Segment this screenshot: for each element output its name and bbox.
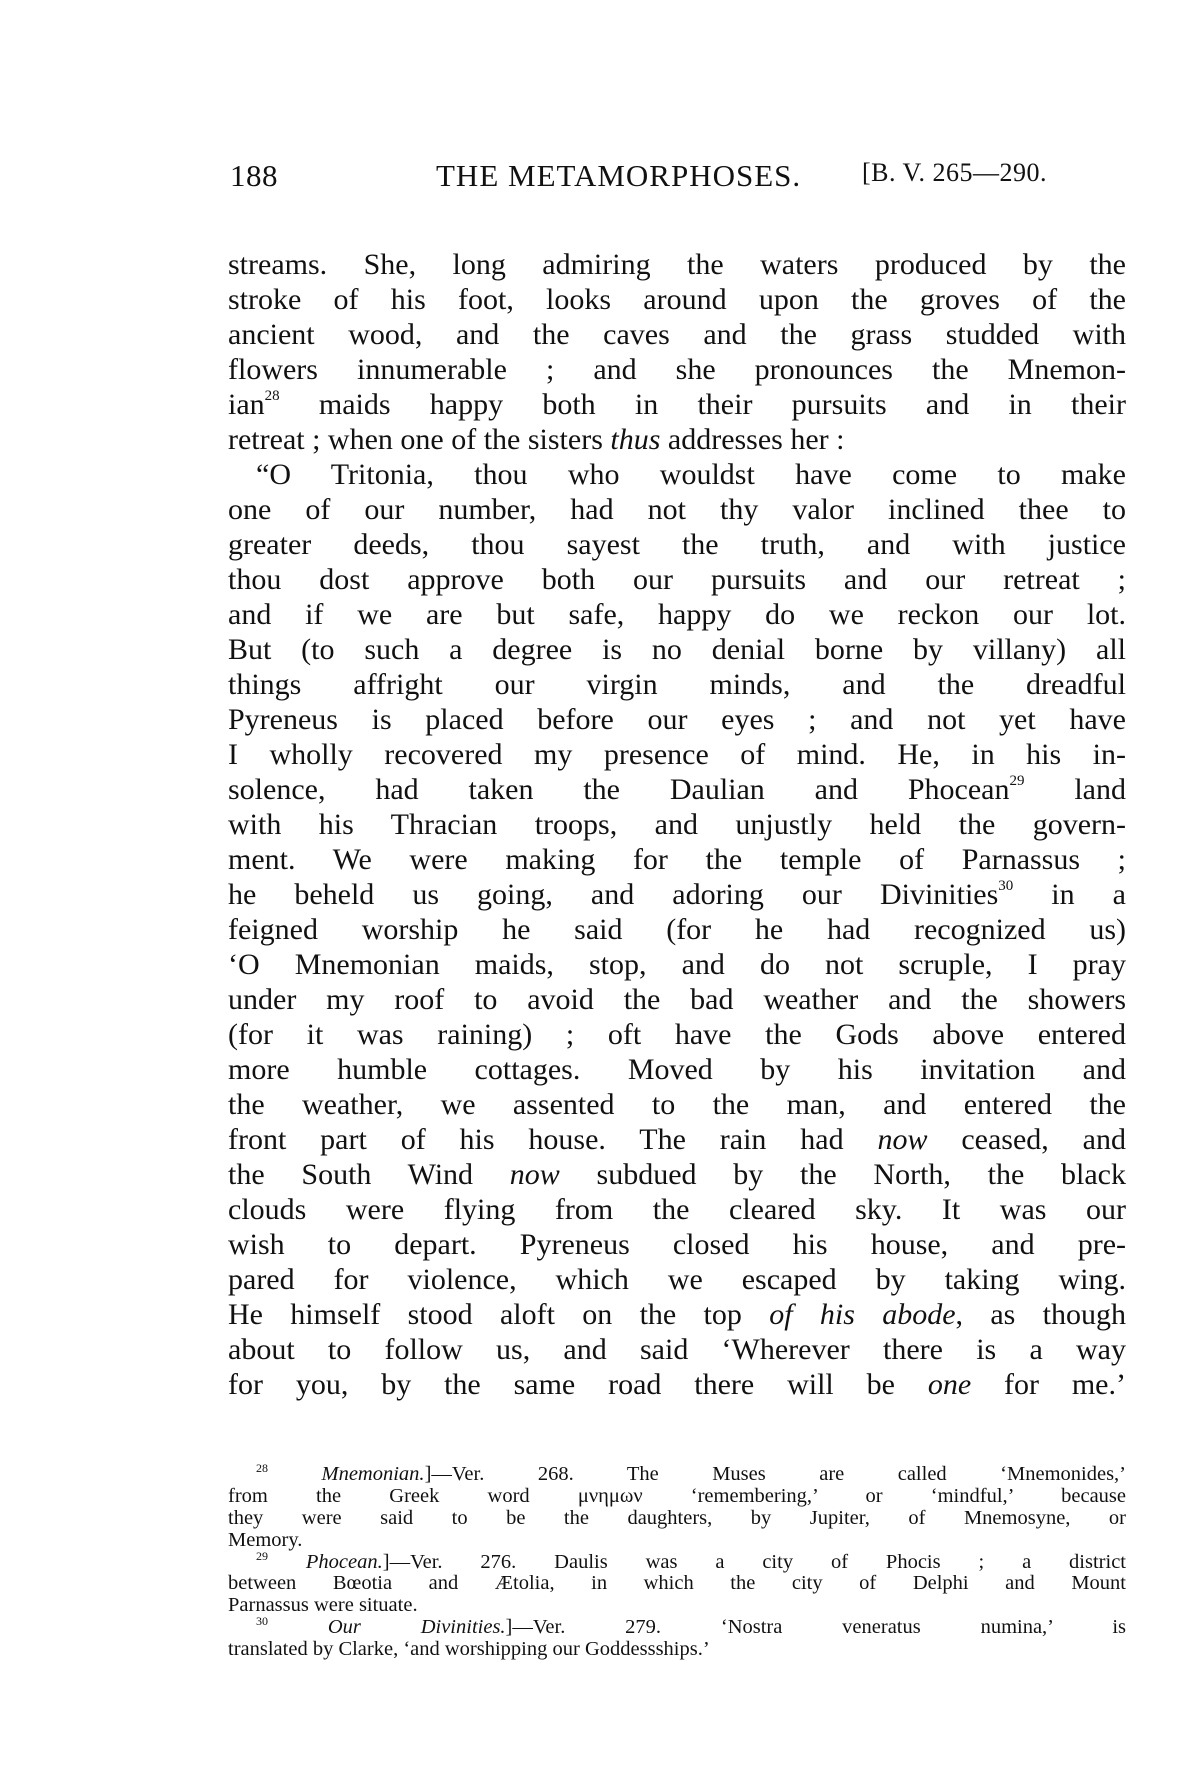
footnote-line: between Bœotia and Ætolia, in which the …	[228, 1573, 1126, 1595]
body-line: thou dost approve both our pursuits and …	[228, 562, 1126, 597]
footnote-line: 28 Mnemonian.]—Ver. 268. The Muses are c…	[228, 1464, 1126, 1486]
text-run: He himself stood aloft on the top	[228, 1298, 769, 1331]
footnote-ref-28[interactable]: 28	[265, 388, 280, 404]
body-line: greater deeds, thou sayest the truth, an…	[228, 527, 1126, 562]
footnote-line: 29 Phocean.]—Ver. 276. Daulis was a city…	[228, 1552, 1126, 1574]
body-line: he beheld us going, and adoring our Divi…	[228, 877, 1126, 912]
book-page: 188 THE METAMORPHOSES. [B. V. 265—290. s…	[228, 150, 1126, 1661]
body-line: about to follow us, and said ‘Wherever t…	[228, 1332, 1126, 1367]
body-line: retreat ; when one of the sisters thus a…	[228, 422, 1126, 457]
body-line: flowers innumerable ; and she pronounces…	[228, 352, 1126, 387]
text-run: ]—Ver. 279. ‘Nostra veneratus numina,’ i…	[506, 1616, 1126, 1638]
footnote-number: 28	[256, 1461, 268, 1475]
italic-run: one	[928, 1368, 971, 1401]
footnote-line: 30 Our Divinities.]—Ver. 279. ‘Nostra ve…	[228, 1617, 1126, 1639]
body-line: ian28 maids happy both in their pursuits…	[228, 387, 1126, 422]
footnote-line: they were said to be the daughters, by J…	[228, 1508, 1126, 1530]
text-run: he beheld us going, and adoring our Divi…	[228, 878, 998, 911]
body-line: the weather, we assented to the man, and…	[228, 1087, 1126, 1122]
body-line: I wholly recovered my presence of mind. …	[228, 737, 1126, 772]
text-run: solence, had taken the Daulian and Phoce…	[228, 773, 1009, 806]
italic-run: thus	[610, 423, 660, 456]
text-run: retreat ; when one of the sisters	[228, 423, 610, 456]
body-line: the South Wind now subdued by the North,…	[228, 1157, 1126, 1192]
footnote-30: 30 Our Divinities.]—Ver. 279. ‘Nostra ve…	[228, 1617, 1126, 1661]
footnotes: 28 Mnemonian.]—Ver. 268. The Muses are c…	[228, 1464, 1126, 1661]
body-line: for you, by the same road there will be …	[228, 1367, 1126, 1402]
footnote-line: translated by Clarke, ‘and worshipping o…	[228, 1639, 1126, 1661]
text-run: for you, by the same road there will be	[228, 1368, 928, 1401]
text-run: ceased, and	[927, 1123, 1126, 1156]
body-line: pared for violence, which we escaped by …	[228, 1262, 1126, 1297]
body-line: ment. We were making for the temple of P…	[228, 842, 1126, 877]
body-line: under my roof to avoid the bad weather a…	[228, 982, 1126, 1017]
body-line: more humble cottages. Moved by his invit…	[228, 1052, 1126, 1087]
body-line: things affright our virgin minds, and th…	[228, 667, 1126, 702]
body-line: feigned worship he said (for he had reco…	[228, 912, 1126, 947]
body-line: Pyreneus is placed before our eyes ; and…	[228, 702, 1126, 737]
body-line: clouds were flying from the cleared sky.…	[228, 1192, 1126, 1227]
body-line: with his Thracian troops, and unjustly h…	[228, 807, 1126, 842]
body-line: streams. She, long admiring the waters p…	[228, 247, 1126, 282]
footnote-line: from the Greek word μνημων ‘remembering,…	[228, 1486, 1126, 1508]
text-run: ian	[228, 388, 265, 421]
body-line: wish to depart. Pyreneus closed his hous…	[228, 1227, 1126, 1262]
footnote-number: 30	[256, 1614, 268, 1628]
body-line: ancient wood, and the caves and the gras…	[228, 317, 1126, 352]
footnote-term: Our Divinities.	[328, 1616, 506, 1638]
body-line: “O Tritonia, thou who wouldst have come …	[228, 457, 1126, 492]
italic-run: of his abode	[769, 1298, 955, 1331]
footnote-term: Mnemonian.	[322, 1463, 425, 1485]
body-line: But (to such a degree is no denial borne…	[228, 632, 1126, 667]
text-run: ]—Ver. 268. The Muses are called ‘Mnemon…	[425, 1463, 1126, 1485]
footnote-term: Phocean.	[306, 1551, 383, 1573]
body-line: front part of his house. The rain had no…	[228, 1122, 1126, 1157]
footnote-ref-30[interactable]: 30	[998, 878, 1013, 894]
text-run: for me.’	[971, 1368, 1126, 1401]
body-line: one of our number, had not thy valor inc…	[228, 492, 1126, 527]
footnote-28: 28 Mnemonian.]—Ver. 268. The Muses are c…	[228, 1464, 1126, 1552]
text-run: maids happy both in their pursuits and i…	[280, 388, 1126, 421]
body-line: ‘O Mnemonian maids, stop, and do not scr…	[228, 947, 1126, 982]
footnote-29: 29 Phocean.]—Ver. 276. Daulis was a city…	[228, 1552, 1126, 1618]
footnote-line: Parnassus were situate.	[228, 1595, 1126, 1617]
page-number: 188	[230, 158, 278, 194]
italic-run: now	[510, 1158, 560, 1191]
footnote-line: Memory.	[228, 1530, 1126, 1552]
italic-run: now	[877, 1123, 927, 1156]
body-line: solence, had taken the Daulian and Phoce…	[228, 772, 1126, 807]
text-run: subdued by the North, the black	[560, 1158, 1126, 1191]
text-run: , as though	[956, 1298, 1126, 1331]
body-line: and if we are but safe, happy do we reck…	[228, 597, 1126, 632]
text-run: addresses her :	[660, 423, 844, 456]
footnote-ref-29[interactable]: 29	[1009, 773, 1024, 789]
book-title: THE METAMORPHOSES.	[436, 158, 801, 194]
text-run: in a	[1013, 878, 1126, 911]
verse-range: [B. V. 265—290.	[862, 158, 1047, 188]
body-line: He himself stood aloft on the top of his…	[228, 1297, 1126, 1332]
text-run: ]—Ver. 276. Daulis was a city of Phocis …	[383, 1551, 1126, 1573]
text-run: the South Wind	[228, 1158, 510, 1191]
body-line: stroke of his foot, looks around upon th…	[228, 282, 1126, 317]
text-run: front part of his house. The rain had	[228, 1123, 877, 1156]
body-text: streams. She, long admiring the waters p…	[228, 247, 1126, 1402]
running-head: 188 THE METAMORPHOSES. [B. V. 265—290.	[228, 150, 1126, 200]
text-run: land	[1024, 773, 1126, 806]
footnote-number: 29	[256, 1549, 268, 1563]
body-line: (for it was raining) ; oft have the Gods…	[228, 1017, 1126, 1052]
